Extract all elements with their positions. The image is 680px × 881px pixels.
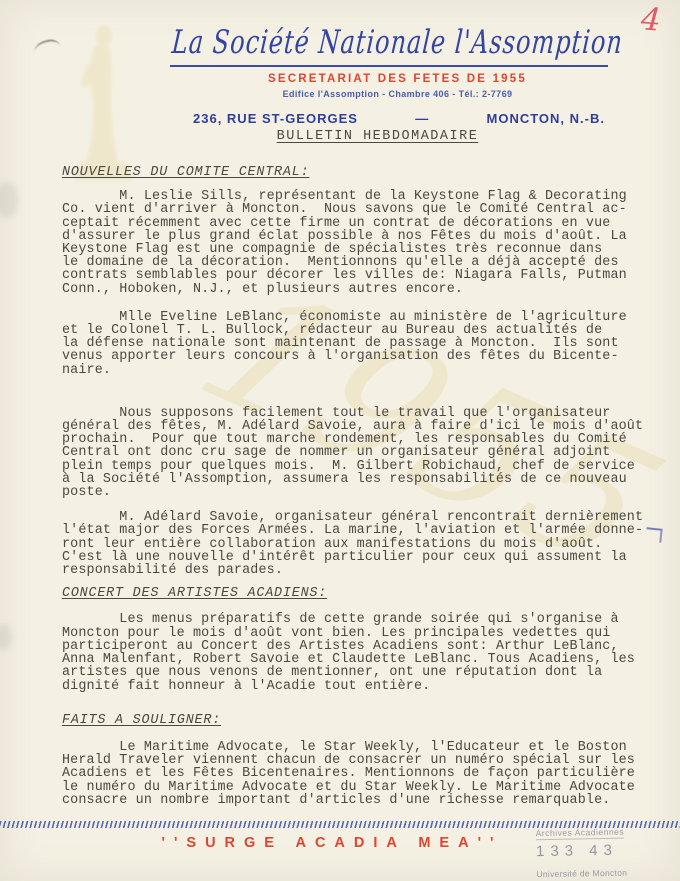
organization-title: La Société Nationale l'Assomption: [114, 23, 680, 61]
office-address-line: Edifice l'Assomption - Chambre 406 - Tél…: [115, 89, 680, 99]
bulletin-body: NOUVELLES DU COMITE CENTRAL: M. Leslie S…: [62, 166, 654, 807]
paragraph: Nous supposons facilement tout le travai…: [62, 407, 654, 499]
secretariat-line: SECRETARIAT DES FETES DE 1955: [115, 73, 680, 85]
letterhead: La Société Nationale l'Assomption SECRET…: [115, 28, 680, 144]
scan-smudge: [0, 182, 18, 218]
street-address-row: 236, RUE ST-GEORGES — MONCTON, N.-B.: [193, 111, 605, 126]
paragraph: M. Leslie Sills, représentant de la Keys…: [62, 190, 654, 296]
title-rule: [170, 65, 608, 67]
section-heading-comite-central: NOUVELLES DU COMITE CENTRAL:: [62, 166, 654, 179]
street-address: 236, RUE ST-GEORGES: [193, 111, 358, 126]
bulletin-title: BULLETIN HEBDOMADAIRE: [95, 129, 660, 144]
stamp-university-name: Université de Moncton: [536, 867, 672, 879]
archive-stamp: Archives Acadiennes 133 43 Université de…: [536, 821, 673, 879]
city-address: MONCTON, N.-B.: [487, 111, 605, 126]
paragraph: Le Maritime Advocate, le Star Weekly, l'…: [62, 741, 654, 807]
section-heading-concert-artistes: CONCERT DES ARTISTES ACADIENS:: [62, 587, 654, 600]
stamp-number: 133 43: [536, 841, 672, 860]
paragraph: M. Adélard Savoie, organisateur général …: [62, 511, 654, 577]
paragraph: Les menus préparatifs de cette grande so…: [62, 613, 654, 692]
scan-smudge: [0, 624, 12, 650]
paragraph: Mlle Eveline LeBlanc, économiste au mini…: [62, 311, 654, 377]
scanned-bulletin-page: 1955 4 La Société Nationale l'Assomption…: [0, 0, 680, 881]
section-heading-faits-souligner: FAITS A SOULIGNER:: [62, 714, 654, 727]
stamp-archive-name: Archives Acadiennes: [536, 827, 625, 841]
address-separator-dash: —: [415, 111, 429, 126]
